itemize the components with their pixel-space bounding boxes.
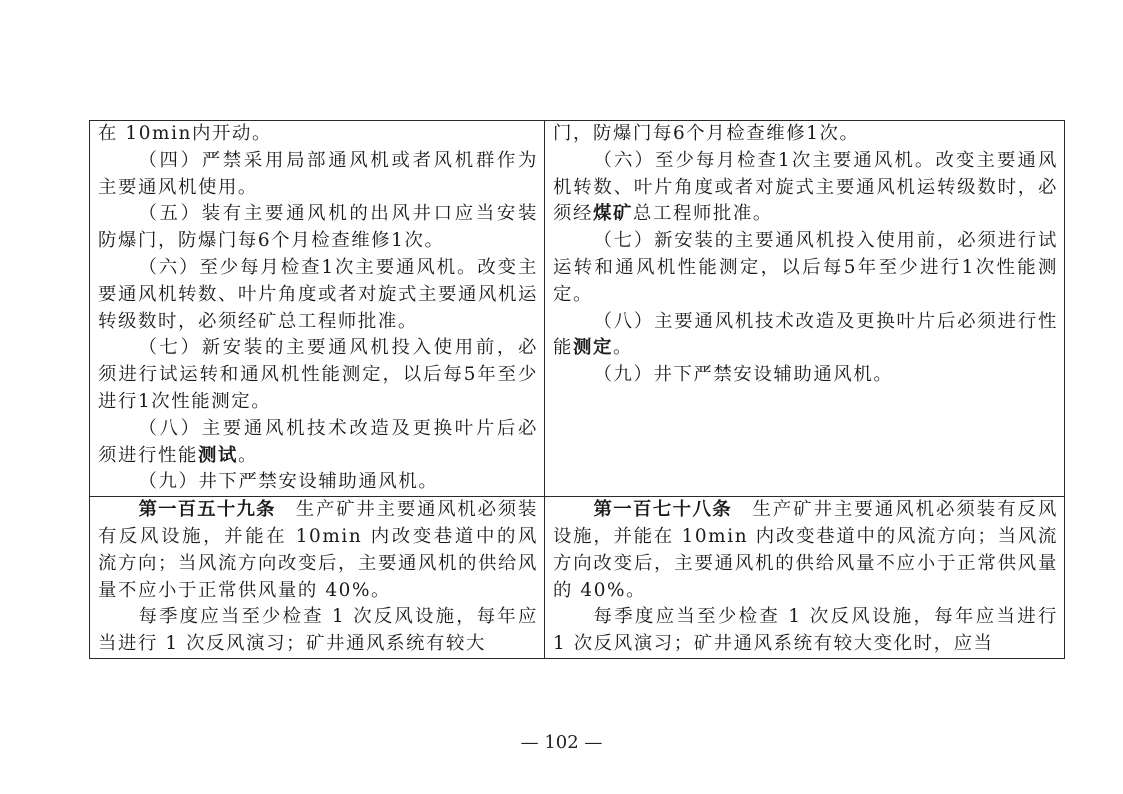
paragraph: （八）主要通风机技术改造及更换叶片后必须进行性能测试。 bbox=[98, 416, 538, 470]
text: （五）装有主要通风机的出风井口应当安装防爆门，防爆门每6个月检查维修1次。 bbox=[98, 203, 538, 251]
paragraph: 门，防爆门每6个月检查维修1次。 bbox=[553, 121, 1058, 148]
text: 总工程师批准。 bbox=[633, 203, 773, 224]
article-title: 第一百五十九条 bbox=[138, 499, 275, 520]
cell-old-article-159: 第一百五十九条 生产矿井主要通风机必须装有反风设施，并能在 10min 内改变巷… bbox=[90, 497, 545, 659]
cell-old-text-top: 在 10min内开动。（四）严禁采用局部通风机或者风机群作为主要通风机使用。（五… bbox=[90, 121, 545, 497]
paragraph: 在 10min内开动。 bbox=[98, 121, 538, 148]
comparison-table: 在 10min内开动。（四）严禁采用局部通风机或者风机群作为主要通风机使用。（五… bbox=[89, 120, 1065, 659]
text: 。 bbox=[238, 445, 258, 466]
article-paragraph: 第一百七十八条 生产矿井主要通风机必须装有反风设施，并能在 10min 内改变巷… bbox=[553, 497, 1058, 604]
paragraph: （四）严禁采用局部通风机或者风机群作为主要通风机使用。 bbox=[98, 148, 538, 202]
article-paragraph-2: 每季度应当至少检查 1 次反风设施，每年应当进行 1 次反风演习；矿井通风系统有… bbox=[98, 604, 538, 658]
page-number: — 102 — bbox=[0, 732, 1123, 753]
article-paragraph-2: 每季度应当至少检查 1 次反风设施，每年应当进行 1 次反风演习；矿井通风系统有… bbox=[553, 604, 1058, 658]
text: （九）井下严禁安设辅助通风机。 bbox=[138, 471, 438, 492]
cell-new-article-178: 第一百七十八条 生产矿井主要通风机必须装有反风设施，并能在 10min 内改变巷… bbox=[545, 497, 1065, 659]
text: （七）新安装的主要通风机投入使用前，必须进行试运转和通风机性能测定，以后每5年至… bbox=[553, 230, 1058, 305]
cell-new-text-top: 门，防爆门每6个月检查维修1次。（六）至少每月检查1次主要通风机。改变主要通风机… bbox=[545, 121, 1065, 497]
table-row: 第一百五十九条 生产矿井主要通风机必须装有反风设施，并能在 10min 内改变巷… bbox=[90, 497, 1065, 659]
text: 门，防爆门每6个月检查维修1次。 bbox=[553, 123, 859, 144]
paragraph: （七）新安装的主要通风机投入使用前，必须进行试运转和通风机性能测定，以后每5年至… bbox=[553, 228, 1058, 308]
text: （七）新安装的主要通风机投入使用前，必须进行试运转和通风机性能测定，以后每5年至… bbox=[98, 337, 538, 412]
paragraph: （五）装有主要通风机的出风井口应当安装防爆门，防爆门每6个月检查维修1次。 bbox=[98, 201, 538, 255]
paragraph: （九）井下严禁安设辅助通风机。 bbox=[98, 469, 538, 496]
article-title: 第一百七十八条 bbox=[593, 499, 732, 520]
paragraph: （七）新安装的主要通风机投入使用前，必须进行试运转和通风机性能测定，以后每5年至… bbox=[98, 335, 538, 415]
paragraph: （六）至少每月检查1次主要通风机。改变主要通风机转数、叶片角度或者对旋式主要通风… bbox=[98, 255, 538, 335]
new-text-paragraphs: 门，防爆门每6个月检查维修1次。（六）至少每月检查1次主要通风机。改变主要通风机… bbox=[553, 121, 1058, 389]
emphasized-text: 煤矿 bbox=[593, 203, 633, 224]
old-text-paragraphs: 在 10min内开动。（四）严禁采用局部通风机或者风机群作为主要通风机使用。（五… bbox=[98, 121, 538, 496]
text: 。 bbox=[613, 337, 633, 358]
emphasized-text: 测定 bbox=[573, 337, 613, 358]
text: （六）至少每月检查1次主要通风机。改变主要通风机转数、叶片角度或者对旋式主要通风… bbox=[98, 257, 538, 332]
text: 在 10min内开动。 bbox=[98, 123, 272, 144]
paragraph: （九）井下严禁安设辅助通风机。 bbox=[553, 362, 1058, 389]
text: （九）井下严禁安设辅助通风机。 bbox=[593, 364, 893, 385]
text: （四）严禁采用局部通风机或者风机群作为主要通风机使用。 bbox=[98, 150, 538, 198]
emphasized-text: 测试 bbox=[198, 445, 238, 466]
paragraph: （六）至少每月检查1次主要通风机。改变主要通风机转数、叶片角度或者对旋式主要通风… bbox=[553, 148, 1058, 228]
article-paragraph: 第一百五十九条 生产矿井主要通风机必须装有反风设施，并能在 10min 内改变巷… bbox=[98, 497, 538, 604]
text: （八）主要通风机技术改造及更换叶片后必须进行性能 bbox=[98, 418, 538, 466]
table-row: 在 10min内开动。（四）严禁采用局部通风机或者风机群作为主要通风机使用。（五… bbox=[90, 121, 1065, 497]
paragraph: （八）主要通风机技术改造及更换叶片后必须进行性能测定。 bbox=[553, 309, 1058, 363]
